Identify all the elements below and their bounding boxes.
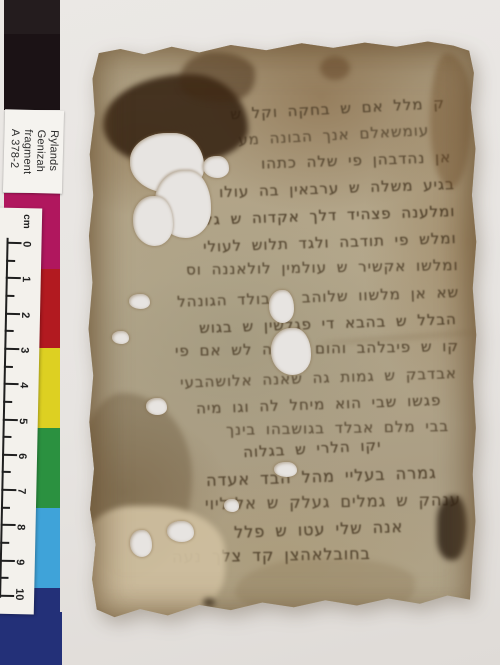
ruler-number: 5 [17,411,35,429]
ruler-tick [1,506,10,508]
photo-canvas: RylandsGenizahfragmentA 378-2 Image © Jo… [0,0,500,665]
ruler-number: 10 [13,587,31,605]
hole-lower-center-a [274,462,297,477]
ruler-tick [2,471,11,473]
ruler-tick [1,489,16,491]
hole-left-margin-b [112,331,129,344]
hole-lower-center-b [224,499,239,512]
ruler-tick [0,542,9,544]
ruler-tick [3,418,18,420]
ruler-tick [2,454,17,456]
ruler-unit-label: cm [21,214,32,229]
ruler-tick [4,365,13,367]
ruler-number: 2 [19,305,37,323]
shelfmark-text: RylandsGenizahfragmentA 378-2 [5,126,62,176]
ruler-number: 8 [14,517,32,535]
hole-layer [85,38,479,620]
parchment: ק מלל אם ש בחקה וקל שעומשאלם אנך הבונה מ… [85,38,479,620]
ruler-tick [5,295,14,297]
hole-large-upper-left-c [133,196,173,246]
ruler-number: 6 [16,446,34,464]
ruler-tick [5,312,20,314]
hole-left-margin-c [146,398,167,415]
hole-mid-center-a [269,290,294,323]
patch-dark-brown [4,34,60,110]
ruler-tick [3,401,12,403]
hole-bottom-left-b [130,530,152,557]
shelfmark-label: RylandsGenizahfragmentA 378-2 [3,109,64,194]
ruler-tick [4,383,19,385]
patch-dark-blue-lower [0,612,62,665]
shelfmark-line: Rylands [46,129,60,174]
ruler-tick [1,524,16,526]
ruler-tick [5,330,14,332]
ruler-number: 7 [15,481,33,499]
ruler-tick [6,277,21,279]
shelfmark-line: fragment [20,129,34,174]
shelfmark-line: A 378-2 [7,128,21,173]
ruler-tick [2,436,11,438]
hole-upper-left-lobe [203,156,229,178]
ruler-tick [6,242,21,244]
ruler-tick [4,348,19,350]
patch-black [4,0,60,34]
ruler-ticks [0,208,42,209]
shelfmark-line: Genizah [33,129,47,174]
hole-bottom-left-a [167,521,194,542]
hole-mid-center-b [271,328,311,375]
manuscript-fragment: ק מלל אם ש בחקה וקל שעומשאלם אנך הבונה מ… [85,38,479,620]
hole-left-margin-a [129,294,150,309]
ruler-tick [0,595,14,597]
ruler-number: 9 [14,552,32,570]
ruler-tick [0,577,9,579]
ruler-tick [0,559,15,561]
ruler-number: 0 [20,234,38,252]
ruler-number: 1 [20,269,38,287]
ruler-tick [6,259,15,261]
ruler-number: 4 [17,375,35,393]
ruler-numbers: 0 1 2 3 4 5 6 7 8 9 10 [0,208,42,209]
ruler-number: 3 [18,340,36,358]
